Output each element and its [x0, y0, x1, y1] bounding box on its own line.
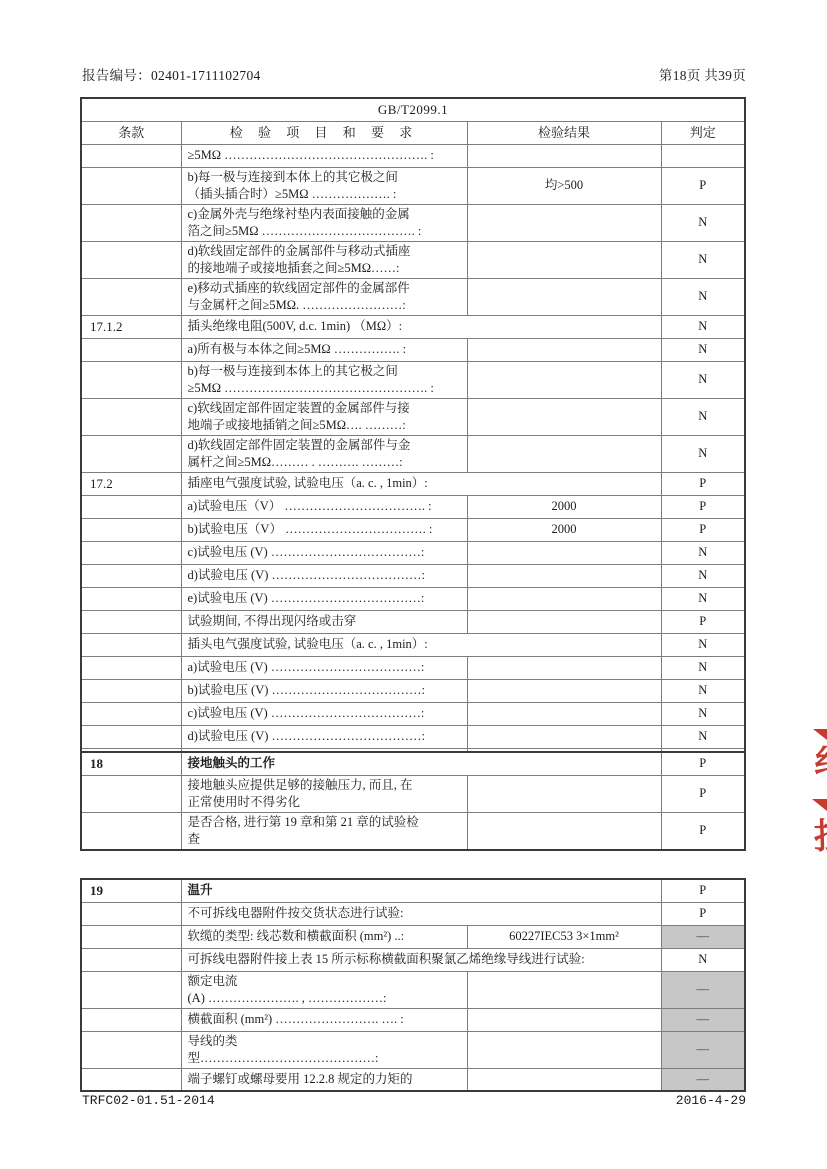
clause-cell [81, 610, 181, 633]
verdict-cell: P [661, 167, 745, 204]
item-cell: 插座电气强度试验, 试验电压（a. c. , 1min）: [181, 472, 661, 495]
item-cell: c)软线固定部件固定装置的金属部件与接 地端子或接地插销之间≥5MΩ…. ………… [181, 398, 467, 435]
clause-cell [81, 702, 181, 725]
clause-cell [81, 1031, 181, 1068]
verdict-cell: — [661, 971, 745, 1008]
item-cell: b)每一极与连接到本体上的其它极之间 （插头插合时）≥5MΩ ………………. : [181, 167, 467, 204]
col-header-result: 检验结果 [467, 121, 661, 144]
table-row: 软缆的类型: 线芯数和横截面积 (mm²) ..:60227IEC53 3×1m… [81, 925, 745, 948]
item-cell: d)软线固定部件固定装置的金属部件与金 属杆之间≥5MΩ……… . ………. …… [181, 435, 467, 472]
page-number-info: 第18页 共39页 [659, 64, 746, 84]
table-row: 导线的类 型……………………………………:— [81, 1031, 745, 1068]
result-cell [467, 144, 661, 167]
table-section19-wrap: 19温升P不可拆线电器附件按交货状态进行试验:P软缆的类型: 线芯数和横截面积 … [80, 878, 746, 1092]
item-cell: 试验期间, 不得出现闪络或击穿 [181, 610, 467, 633]
table-main-wrap: GB/T2099.1 条款 检 验 项 目 和 要 求 检验结果 判定 ≥5MΩ… [80, 97, 746, 772]
item-cell: 额定电流 (A) …………………. , ………………: [181, 971, 467, 1008]
item-cell: ≥5MΩ …………………………………………. : [181, 144, 467, 167]
table-row: 17.1.2插头绝缘电阻(500V, d.c. 1min) （MΩ）:N [81, 315, 745, 338]
table-row: 插头电气强度试验, 试验电压（a. c. , 1min）:N [81, 633, 745, 656]
clause-cell: 19 [81, 879, 181, 902]
table-row: a)试验电压（V） ……………………………. :2000P [81, 495, 745, 518]
table-row: 试验期间, 不得出现闪络或击穿P [81, 610, 745, 633]
verdict-cell: — [661, 1008, 745, 1031]
item-cell: b)试验电压 (V) ………………………………: [181, 679, 467, 702]
result-cell: 60227IEC53 3×1mm² [467, 925, 661, 948]
item-cell: a)试验电压（V） ……………………………. : [181, 495, 467, 518]
verdict-cell: P [661, 610, 745, 633]
page-header: 报告编号：02401-1711102704 第18页 共39页 [82, 64, 746, 84]
item-cell: a)试验电压 (V) ………………………………: [181, 656, 467, 679]
verdict-cell: N [661, 948, 745, 971]
col-header-item: 检 验 项 目 和 要 求 [181, 121, 467, 144]
verdict-cell: N [661, 361, 745, 398]
clause-cell [81, 656, 181, 679]
item-cell: 插头电气强度试验, 试验电压（a. c. , 1min）: [181, 633, 661, 656]
clause-cell [81, 398, 181, 435]
verdict-cell: P [661, 518, 745, 541]
result-cell [467, 361, 661, 398]
verdict-cell: N [661, 204, 745, 241]
inspection-table-main: GB/T2099.1 条款 检 验 项 目 和 要 求 检验结果 判定 ≥5MΩ… [80, 97, 746, 772]
result-cell: 2000 [467, 495, 661, 518]
verdict-cell: P [661, 775, 745, 812]
clause-cell [81, 495, 181, 518]
result-cell [467, 679, 661, 702]
item-cell: e)移动式插座的软线固定部件的金属部件 与金属杆之间≥5MΩ. ……………………… [181, 278, 467, 315]
table-row: 可拆线电器附件接上表 15 所示标称横截面积聚氯乙烯绝缘导线进行试验:N [81, 948, 745, 971]
clause-cell [81, 902, 181, 925]
clause-cell [81, 204, 181, 241]
result-cell [467, 435, 661, 472]
clause-cell [81, 241, 181, 278]
clause-cell [81, 564, 181, 587]
table-row: e)试验电压 (V) ………………………………:N [81, 587, 745, 610]
result-cell [467, 587, 661, 610]
item-cell: b)每一极与连接到本体上的其它极之间 ≥5MΩ …………………………………………… [181, 361, 467, 398]
clause-cell [81, 925, 181, 948]
table-row: d)软线固定部件固定装置的金属部件与金 属杆之间≥5MΩ……… . ………. …… [81, 435, 745, 472]
clause-cell [81, 633, 181, 656]
table-row: d)软线固定部件的金属部件与移动式插座 的接地端子或接地插套之间≥5MΩ……:N [81, 241, 745, 278]
verdict-cell: N [661, 633, 745, 656]
result-cell [467, 204, 661, 241]
result-cell [467, 241, 661, 278]
footer-document-code: TRFC02-01.51-2014 [82, 1093, 215, 1108]
table-title-row: GB/T2099.1 [81, 98, 745, 121]
verdict-cell: P [661, 495, 745, 518]
item-cell: 接地触头的工作 [181, 752, 661, 775]
clause-cell [81, 361, 181, 398]
result-cell [467, 564, 661, 587]
col-header-clause: 条款 [81, 121, 181, 144]
table-row: c)金属外壳与绝缘衬垫内表面接触的金属 箔之间≥5MΩ ………………………………… [81, 204, 745, 241]
clause-cell [81, 144, 181, 167]
item-cell: 横截面积 (mm²) ……………………. …. : [181, 1008, 467, 1031]
table-row: c)试验电压 (V) ………………………………:N [81, 541, 745, 564]
item-cell: a)所有极与本体之间≥5MΩ ……………. : [181, 338, 467, 361]
clause-cell [81, 725, 181, 748]
clause-cell [81, 587, 181, 610]
table-column-header-row: 条款 检 验 项 目 和 要 求 检验结果 判定 [81, 121, 745, 144]
clause-cell: 17.1.2 [81, 315, 181, 338]
item-cell: c)试验电压 (V) ………………………………: [181, 702, 467, 725]
result-cell [467, 1031, 661, 1068]
clause-cell [81, 1068, 181, 1091]
table-row: 横截面积 (mm²) ……………………. …. :— [81, 1008, 745, 1031]
clause-cell [81, 167, 181, 204]
result-cell [467, 702, 661, 725]
item-cell: 端子螺钉或螺母要用 12.2.8 规定的力矩的 [181, 1068, 467, 1091]
table-row: 是否合格, 进行第 19 章和第 21 章的试验检 查P [81, 812, 745, 850]
result-cell [467, 610, 661, 633]
clause-cell [81, 812, 181, 850]
result-cell: 均>500 [467, 167, 661, 204]
red-wedge-mark-2 [812, 799, 827, 811]
clause-cell [81, 338, 181, 361]
result-cell [467, 338, 661, 361]
table-row: a)所有极与本体之间≥5MΩ ……………. :N [81, 338, 745, 361]
result-cell [467, 971, 661, 1008]
verdict-cell: N [661, 435, 745, 472]
clause-cell [81, 541, 181, 564]
verdict-cell: N [661, 315, 745, 338]
verdict-cell: P [661, 902, 745, 925]
verdict-cell: P [661, 879, 745, 902]
verdict-cell: — [661, 1068, 745, 1091]
item-cell: d)软线固定部件的金属部件与移动式插座 的接地端子或接地插套之间≥5MΩ……: [181, 241, 467, 278]
result-cell [467, 398, 661, 435]
verdict-cell: N [661, 679, 745, 702]
item-cell: 插头绝缘电阻(500V, d.c. 1min) （MΩ）: [181, 315, 661, 338]
table-row: d)试验电压 (V) ………………………………:N [81, 725, 745, 748]
table-row: b)每一极与连接到本体上的其它极之间 （插头插合时）≥5MΩ ………………. :… [81, 167, 745, 204]
clause-cell: 17.2 [81, 472, 181, 495]
item-cell: d)试验电压 (V) ………………………………: [181, 725, 467, 748]
red-stroke-fragment-2: 拄 [813, 817, 827, 864]
verdict-cell: N [661, 587, 745, 610]
inspection-table-section18: 18接地触头的工作P接地触头应提供足够的接触压力, 而且, 在 正常使用时不得劣… [80, 751, 746, 851]
table-row: 17.2插座电气强度试验, 试验电压（a. c. , 1min）:P [81, 472, 745, 495]
item-cell: b)试验电压（V） ……………………………. : [181, 518, 467, 541]
table-row: b)试验电压 (V) ………………………………:N [81, 679, 745, 702]
red-stroke-fragment-1: 纟 [811, 745, 827, 793]
table-row: d)试验电压 (V) ………………………………:N [81, 564, 745, 587]
clause-cell [81, 518, 181, 541]
table-row: c)软线固定部件固定装置的金属部件与接 地端子或接地插销之间≥5MΩ…. ………… [81, 398, 745, 435]
verdict-cell: P [661, 812, 745, 850]
clause-cell [81, 435, 181, 472]
result-cell [467, 656, 661, 679]
clause-cell: 18 [81, 752, 181, 775]
scanned-report-page: 报告编号：02401-1711102704 第18页 共39页 GB/T2099… [0, 0, 827, 1169]
table-row: e)移动式插座的软线固定部件的金属部件 与金属杆之间≥5MΩ. ……………………… [81, 278, 745, 315]
result-cell [467, 541, 661, 564]
result-cell: 2000 [467, 518, 661, 541]
verdict-cell: P [661, 472, 745, 495]
col-header-verdict: 判定 [661, 121, 745, 144]
verdict-cell: — [661, 925, 745, 948]
inspection-table-section19: 19温升P不可拆线电器附件按交货状态进行试验:P软缆的类型: 线芯数和横截面积 … [80, 878, 746, 1092]
verdict-cell: N [661, 338, 745, 361]
item-cell: 接地触头应提供足够的接触压力, 而且, 在 正常使用时不得劣化 [181, 775, 467, 812]
clause-cell [81, 948, 181, 971]
verdict-cell: N [661, 564, 745, 587]
verdict-cell: — [661, 1031, 745, 1068]
item-cell: c)试验电压 (V) ………………………………: [181, 541, 467, 564]
result-cell [467, 775, 661, 812]
verdict-cell [661, 144, 745, 167]
result-cell [467, 1068, 661, 1091]
verdict-cell: N [661, 702, 745, 725]
clause-cell [81, 1008, 181, 1031]
verdict-cell: N [661, 725, 745, 748]
result-cell [467, 278, 661, 315]
item-cell: 可拆线电器附件接上表 15 所示标称横截面积聚氯乙烯绝缘导线进行试验: [181, 948, 661, 971]
result-cell [467, 812, 661, 850]
item-cell: 是否合格, 进行第 19 章和第 21 章的试验检 查 [181, 812, 467, 850]
item-cell: c)金属外壳与绝缘衬垫内表面接触的金属 箔之间≥5MΩ ………………………………… [181, 204, 467, 241]
item-cell: 软缆的类型: 线芯数和横截面积 (mm²) ..: [181, 925, 467, 948]
table-row: 18接地触头的工作P [81, 752, 745, 775]
clause-cell [81, 278, 181, 315]
result-cell [467, 725, 661, 748]
clause-cell [81, 679, 181, 702]
table-row: 19温升P [81, 879, 745, 902]
report-number: 报告编号：02401-1711102704 [82, 64, 261, 84]
item-cell: e)试验电压 (V) ………………………………: [181, 587, 467, 610]
verdict-cell: N [661, 656, 745, 679]
verdict-cell: N [661, 241, 745, 278]
red-wedge-mark-1 [813, 729, 827, 740]
table-row: b)每一极与连接到本体上的其它极之间 ≥5MΩ …………………………………………… [81, 361, 745, 398]
table-row: 接地触头应提供足够的接触压力, 而且, 在 正常使用时不得劣化P [81, 775, 745, 812]
item-cell: 不可拆线电器附件按交货状态进行试验: [181, 902, 661, 925]
table-row: b)试验电压（V） ……………………………. :2000P [81, 518, 745, 541]
clause-cell [81, 971, 181, 1008]
table-row: 不可拆线电器附件按交货状态进行试验:P [81, 902, 745, 925]
footer-date: 2016-4-29 [676, 1093, 746, 1108]
standard-title: GB/T2099.1 [81, 98, 745, 121]
table-row: a)试验电压 (V) ………………………………:N [81, 656, 745, 679]
verdict-cell: N [661, 278, 745, 315]
table-row: 端子螺钉或螺母要用 12.2.8 规定的力矩的— [81, 1068, 745, 1091]
item-cell: 导线的类 型……………………………………: [181, 1031, 467, 1068]
table-section18-wrap: 18接地触头的工作P接地触头应提供足够的接触压力, 而且, 在 正常使用时不得劣… [80, 751, 746, 851]
verdict-cell: N [661, 398, 745, 435]
page-footer: TRFC02-01.51-2014 2016-4-29 [82, 1093, 746, 1108]
table-row: ≥5MΩ …………………………………………. : [81, 144, 745, 167]
verdict-cell: N [661, 541, 745, 564]
result-cell [467, 1008, 661, 1031]
clause-cell [81, 775, 181, 812]
table-row: 额定电流 (A) …………………. , ………………:— [81, 971, 745, 1008]
item-cell: 温升 [181, 879, 661, 902]
verdict-cell: P [661, 752, 745, 775]
item-cell: d)试验电压 (V) ………………………………: [181, 564, 467, 587]
table-row: c)试验电压 (V) ………………………………:N [81, 702, 745, 725]
